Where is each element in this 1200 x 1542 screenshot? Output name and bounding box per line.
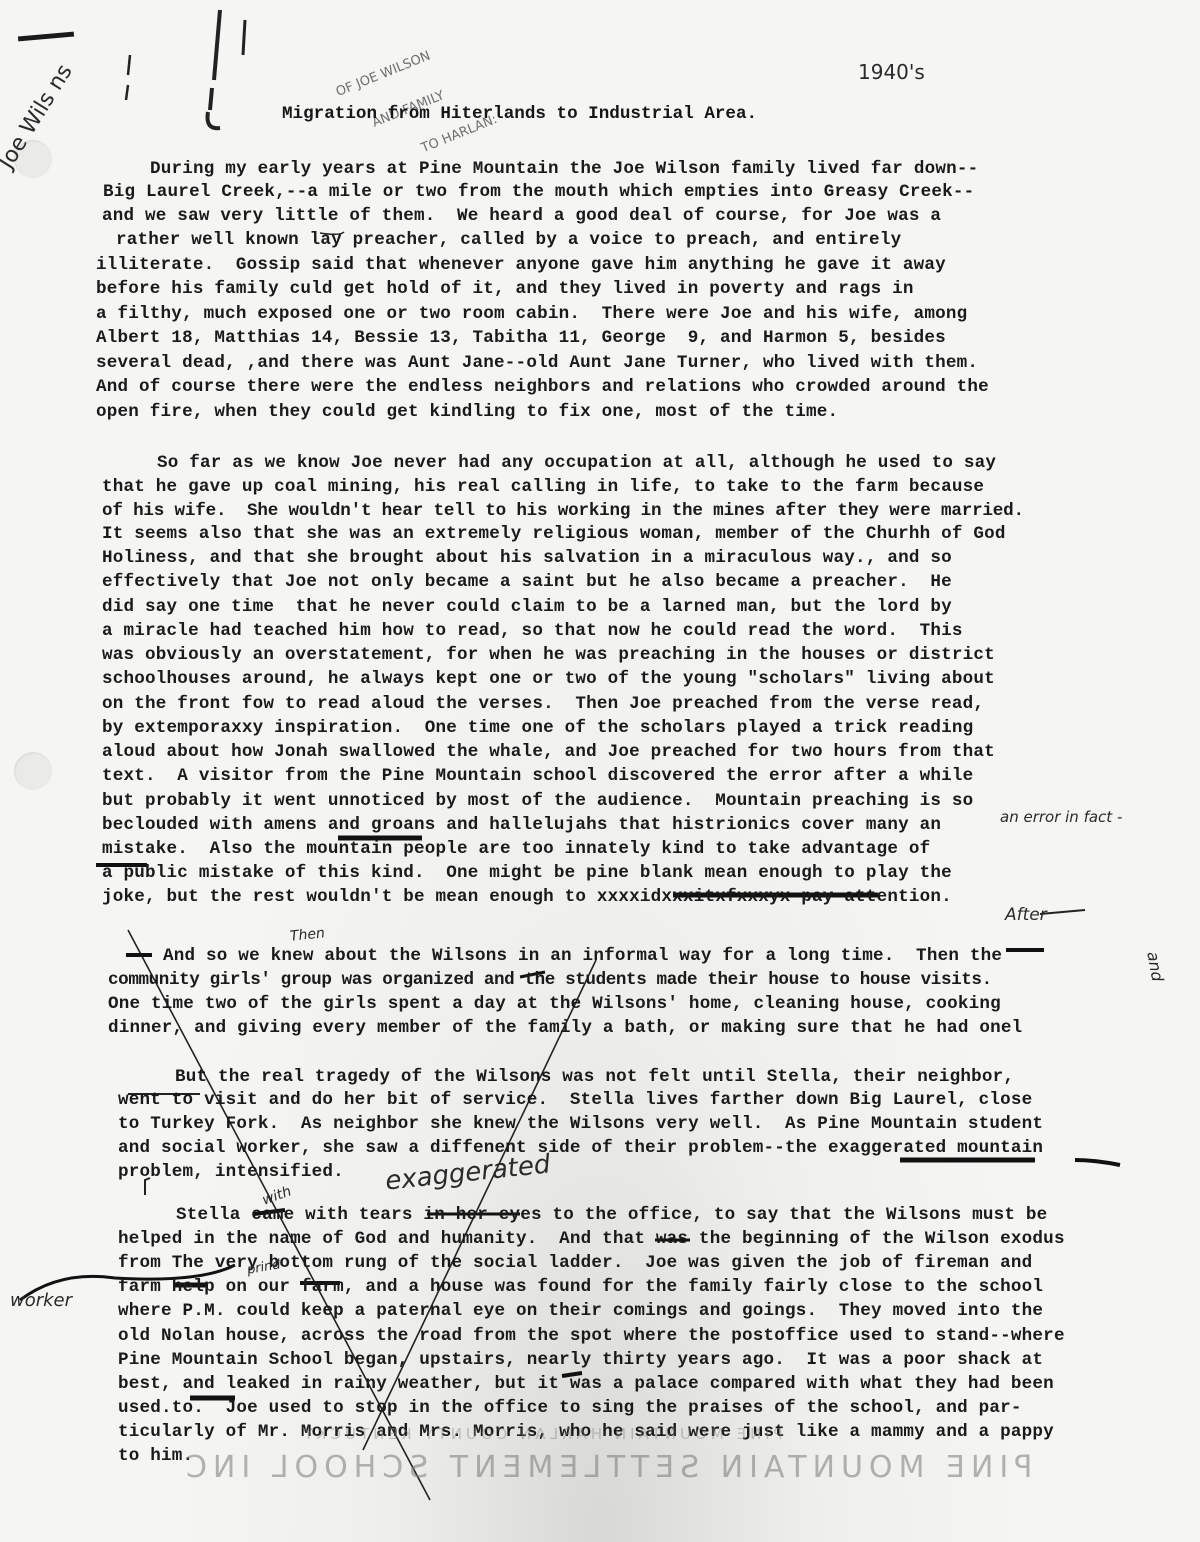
letterhead-bleedthrough-sub: PINE MOUNTAIN HARLAN COUNTY KENTUCKY	[300, 1425, 783, 1443]
text-line: During my early years at Pine Mountain t…	[150, 158, 978, 180]
text-line: community girls' group was organized and…	[108, 969, 992, 991]
text-line: a filthy, much exposed one or two room c…	[96, 303, 967, 325]
text-line: Holiness, and that she brought about his…	[102, 547, 952, 569]
text-line: aloud about how Jonah swallowed the whal…	[102, 741, 995, 763]
text-line: dinner, and giving every member of the f…	[108, 1017, 1022, 1039]
text-line: One time two of the girls spent a day at…	[108, 993, 1001, 1015]
text-line: illiterate. Gossip said that whenever an…	[96, 254, 946, 276]
text-line: a miracle had teached him how to read, s…	[102, 620, 963, 642]
text-line: old Nolan house, across the road from th…	[118, 1325, 1065, 1347]
text-line: best, and leaked in rainy weather, but i…	[118, 1373, 1054, 1395]
margin-note-error-in-fact: an error in fact -	[1000, 808, 1122, 826]
text-line: schoolhouses around, he always kept one …	[102, 668, 995, 690]
text-line: where P.M. could keep a paternal eye on …	[118, 1300, 1043, 1322]
text-line: used.to. Joe used to stop in the office …	[118, 1397, 1022, 1419]
note-after: After	[1005, 905, 1047, 925]
text-line: joke, but the rest wouldn't be mean enou…	[102, 886, 952, 908]
letterhead-bleedthrough: PINE MOUNTAIN SETTLEMENT SCHOOL INC	[180, 1450, 1032, 1485]
text-line: open fire, when they could get kindling …	[96, 401, 838, 423]
text-line: rather well known lay preacher, called b…	[116, 229, 901, 251]
text-line: went to visit and do her bit of service.…	[118, 1089, 1032, 1111]
text-line: helped in the name of God and humanity. …	[118, 1228, 1065, 1250]
text-line: to Turkey Fork. As neighbor she knew the…	[118, 1113, 1043, 1135]
text-line: and social worker, she saw a diffenent s…	[118, 1137, 1043, 1159]
text-line: Stella came with tears in her eyes to th…	[176, 1204, 1047, 1226]
text-line: text. A visitor from the Pine Mountain s…	[102, 765, 973, 787]
note-worker-margin: worker	[10, 1290, 72, 1311]
text-line: problem, intensified.	[118, 1161, 344, 1183]
date-annotation: 1940's	[858, 60, 925, 84]
text-line: several dead, ,and there was Aunt Jane--…	[96, 352, 978, 374]
text-line: on the front fow to read aloud the verse…	[102, 693, 984, 715]
text-line: of his wife. She wouldn't hear tell to h…	[102, 500, 1024, 522]
text-line: a public mistake of this kind. One might…	[102, 862, 952, 884]
text-line: that he gave up coal mining, his real ca…	[102, 476, 984, 498]
text-line: Big Laurel Creek,--a mile or two from th…	[103, 181, 974, 203]
text-line: Albert 18, Matthias 14, Bessie 13, Tabit…	[96, 327, 946, 349]
text-line: by extemporaxxy inspiration. One time on…	[102, 717, 973, 739]
text-line: It seems also that she was an extremely …	[102, 523, 1006, 545]
text-line: and we saw very little of them. We heard…	[102, 205, 941, 227]
text-line: but probably it went unnoticed by most o…	[102, 790, 973, 812]
text-line: And so we knew about the Wilsons in an i…	[163, 945, 1002, 967]
text-line: beclouded with amens and groans and hall…	[102, 814, 941, 836]
text-line: was obviously an overstatement, for when…	[102, 644, 995, 666]
text-line: farm help on our farm, and a house was f…	[118, 1276, 1043, 1298]
text-line: did say one time that he never could cla…	[102, 596, 952, 618]
text-line: mistake. Also the mountain people are to…	[102, 838, 930, 860]
text-line: before his family culd get hold of it, a…	[96, 278, 914, 300]
text-line: But the real tragedy of the Wilsons was …	[175, 1066, 1014, 1088]
text-line: And of course there were the endless nei…	[96, 376, 989, 398]
text-line: So far as we know Joe never had any occu…	[157, 452, 996, 474]
document-title: Migration from Hiterlands to Industrial …	[282, 104, 757, 124]
punch-hole-middle	[14, 752, 52, 790]
text-line: effectively that Joe not only became a s…	[102, 571, 952, 593]
text-line: Pine Mountain School began, upstairs, ne…	[118, 1349, 1043, 1371]
